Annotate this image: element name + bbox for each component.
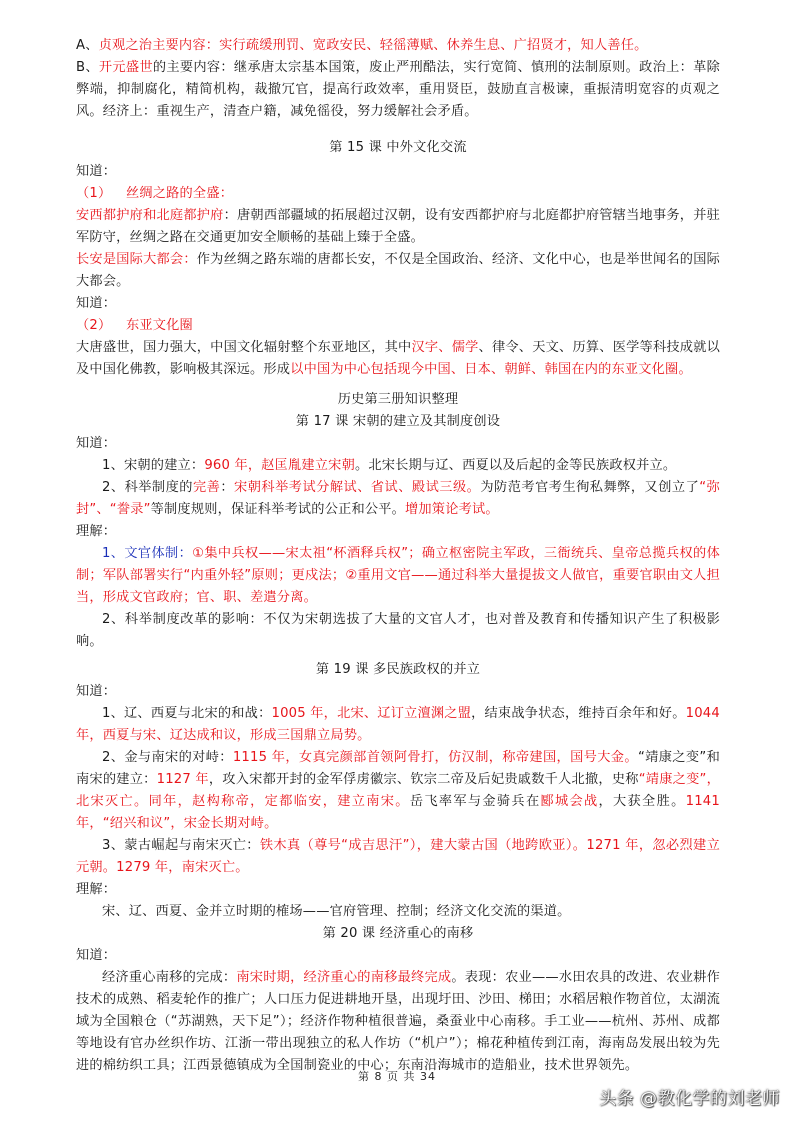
paragraph-economic-shift: 经济重心南移的完成：南宋时期，经济重心的南移最终完成。表现：农业——水田农具的改… (76, 967, 720, 1077)
intro-b: B、开元盛世的主要内容：继承唐太宗基本国策，废止严刑酷法，实行宽简、慎刑的法制原… (76, 57, 720, 123)
paragraph-east-asia: 大唐盛世，国力强大，中国文化辐射整个东亚地区，其中汉字、儒学、律令、天文、历算、… (76, 337, 720, 381)
item-civil-official-system: 1、文官体制：①集中兵权——宋太祖“杯酒释兵权”；确立枢密院主军政，三衙统兵、皇… (76, 543, 720, 609)
item-trade-markets: 宋、辽、西夏、金并立时期的榷场——官府管理、控制；经济文化交流的渠道。 (76, 901, 720, 923)
lesson-19-title: 第 19 课 多民族政权的并立 (76, 659, 720, 681)
paragraph-protectorates: 安西都护府和北庭都护府：唐朝西部疆域的拓展超过汉朝，设有安西都护府与北庭都护府管… (76, 205, 720, 249)
item-song-founding: 1、宋朝的建立：960 年，赵匡胤建立宋朝。北宋长期与辽、西夏以及后起的金等民族… (76, 455, 720, 477)
item-exam-reform-impact: 2、科举制度改革的影响：不仅为宋朝选拔了大量的文官人才，也对普及教育和传播知识产… (76, 609, 720, 653)
item-exam-system: 2、科举制度的完善：宋朝科举考试分解试、省试、殿试三级。为防范考官考生徇私舞弊，… (76, 477, 720, 521)
highlight-red: 贞观之治主要内容：实行疏缓刑罚、宽政安民、轻徭薄赋、休养生息、广招贤才，知人善任… (99, 38, 648, 53)
know-label: 知道： (76, 161, 720, 183)
know-label: 知道： (76, 945, 720, 967)
paragraph-changan: 长安是国际大都会：作为丝绸之路东端的唐都长安，不仅是全国政治、经济、文化中心，也… (76, 249, 720, 293)
subheading-east-asia: （2）东亚文化圈 (76, 315, 720, 337)
lesson-15-title: 第 15 课 中外文化交流 (76, 137, 720, 159)
understand-label: 理解： (76, 521, 720, 543)
lesson-17-title: 第 17 课 宋朝的建立及其制度创设 (76, 411, 720, 433)
highlight-red: 开元盛世 (99, 60, 153, 75)
volume-title: 历史第三册知识整理 (76, 389, 720, 411)
document-page: A、贞观之治主要内容：实行疏缓刑罚、宽政安民、轻徭薄赋、休养生息、广招贤才，知人… (76, 35, 720, 1077)
lesson-20-title: 第 20 课 经济重心的南移 (76, 923, 720, 945)
know-label: 知道： (76, 433, 720, 455)
item-mongol-rise: 3、蒙古崛起与南宋灭亡：铁木真（尊号“成吉思汗”），建大蒙古国（地跨欧亚）。12… (76, 835, 720, 879)
item-liao-xixia-song: 1、辽、西夏与北宋的和战：1005 年，北宋、辽订立澶渊之盟，结束战争状态，维持… (76, 703, 720, 747)
subheading-silk-road: （1）丝绸之路的全盛： (76, 183, 720, 205)
item-jin-southern-song: 2、金与南宋的对峙：1115 年，女真完颜部首领阿骨打，仿汉制，称帝建国，国号大… (76, 747, 720, 835)
know-label: 知道： (76, 681, 720, 703)
know-label: 知道： (76, 293, 720, 315)
intro-a: A、贞观之治主要内容：实行疏缓刑罚、宽政安民、轻徭薄赋、休养生息、广招贤才，知人… (76, 35, 720, 57)
watermark: 头条 @教化学的刘老师 (599, 1084, 780, 1109)
understand-label: 理解： (76, 879, 720, 901)
page-footer: 第 8 页 共 34 (0, 1068, 794, 1084)
